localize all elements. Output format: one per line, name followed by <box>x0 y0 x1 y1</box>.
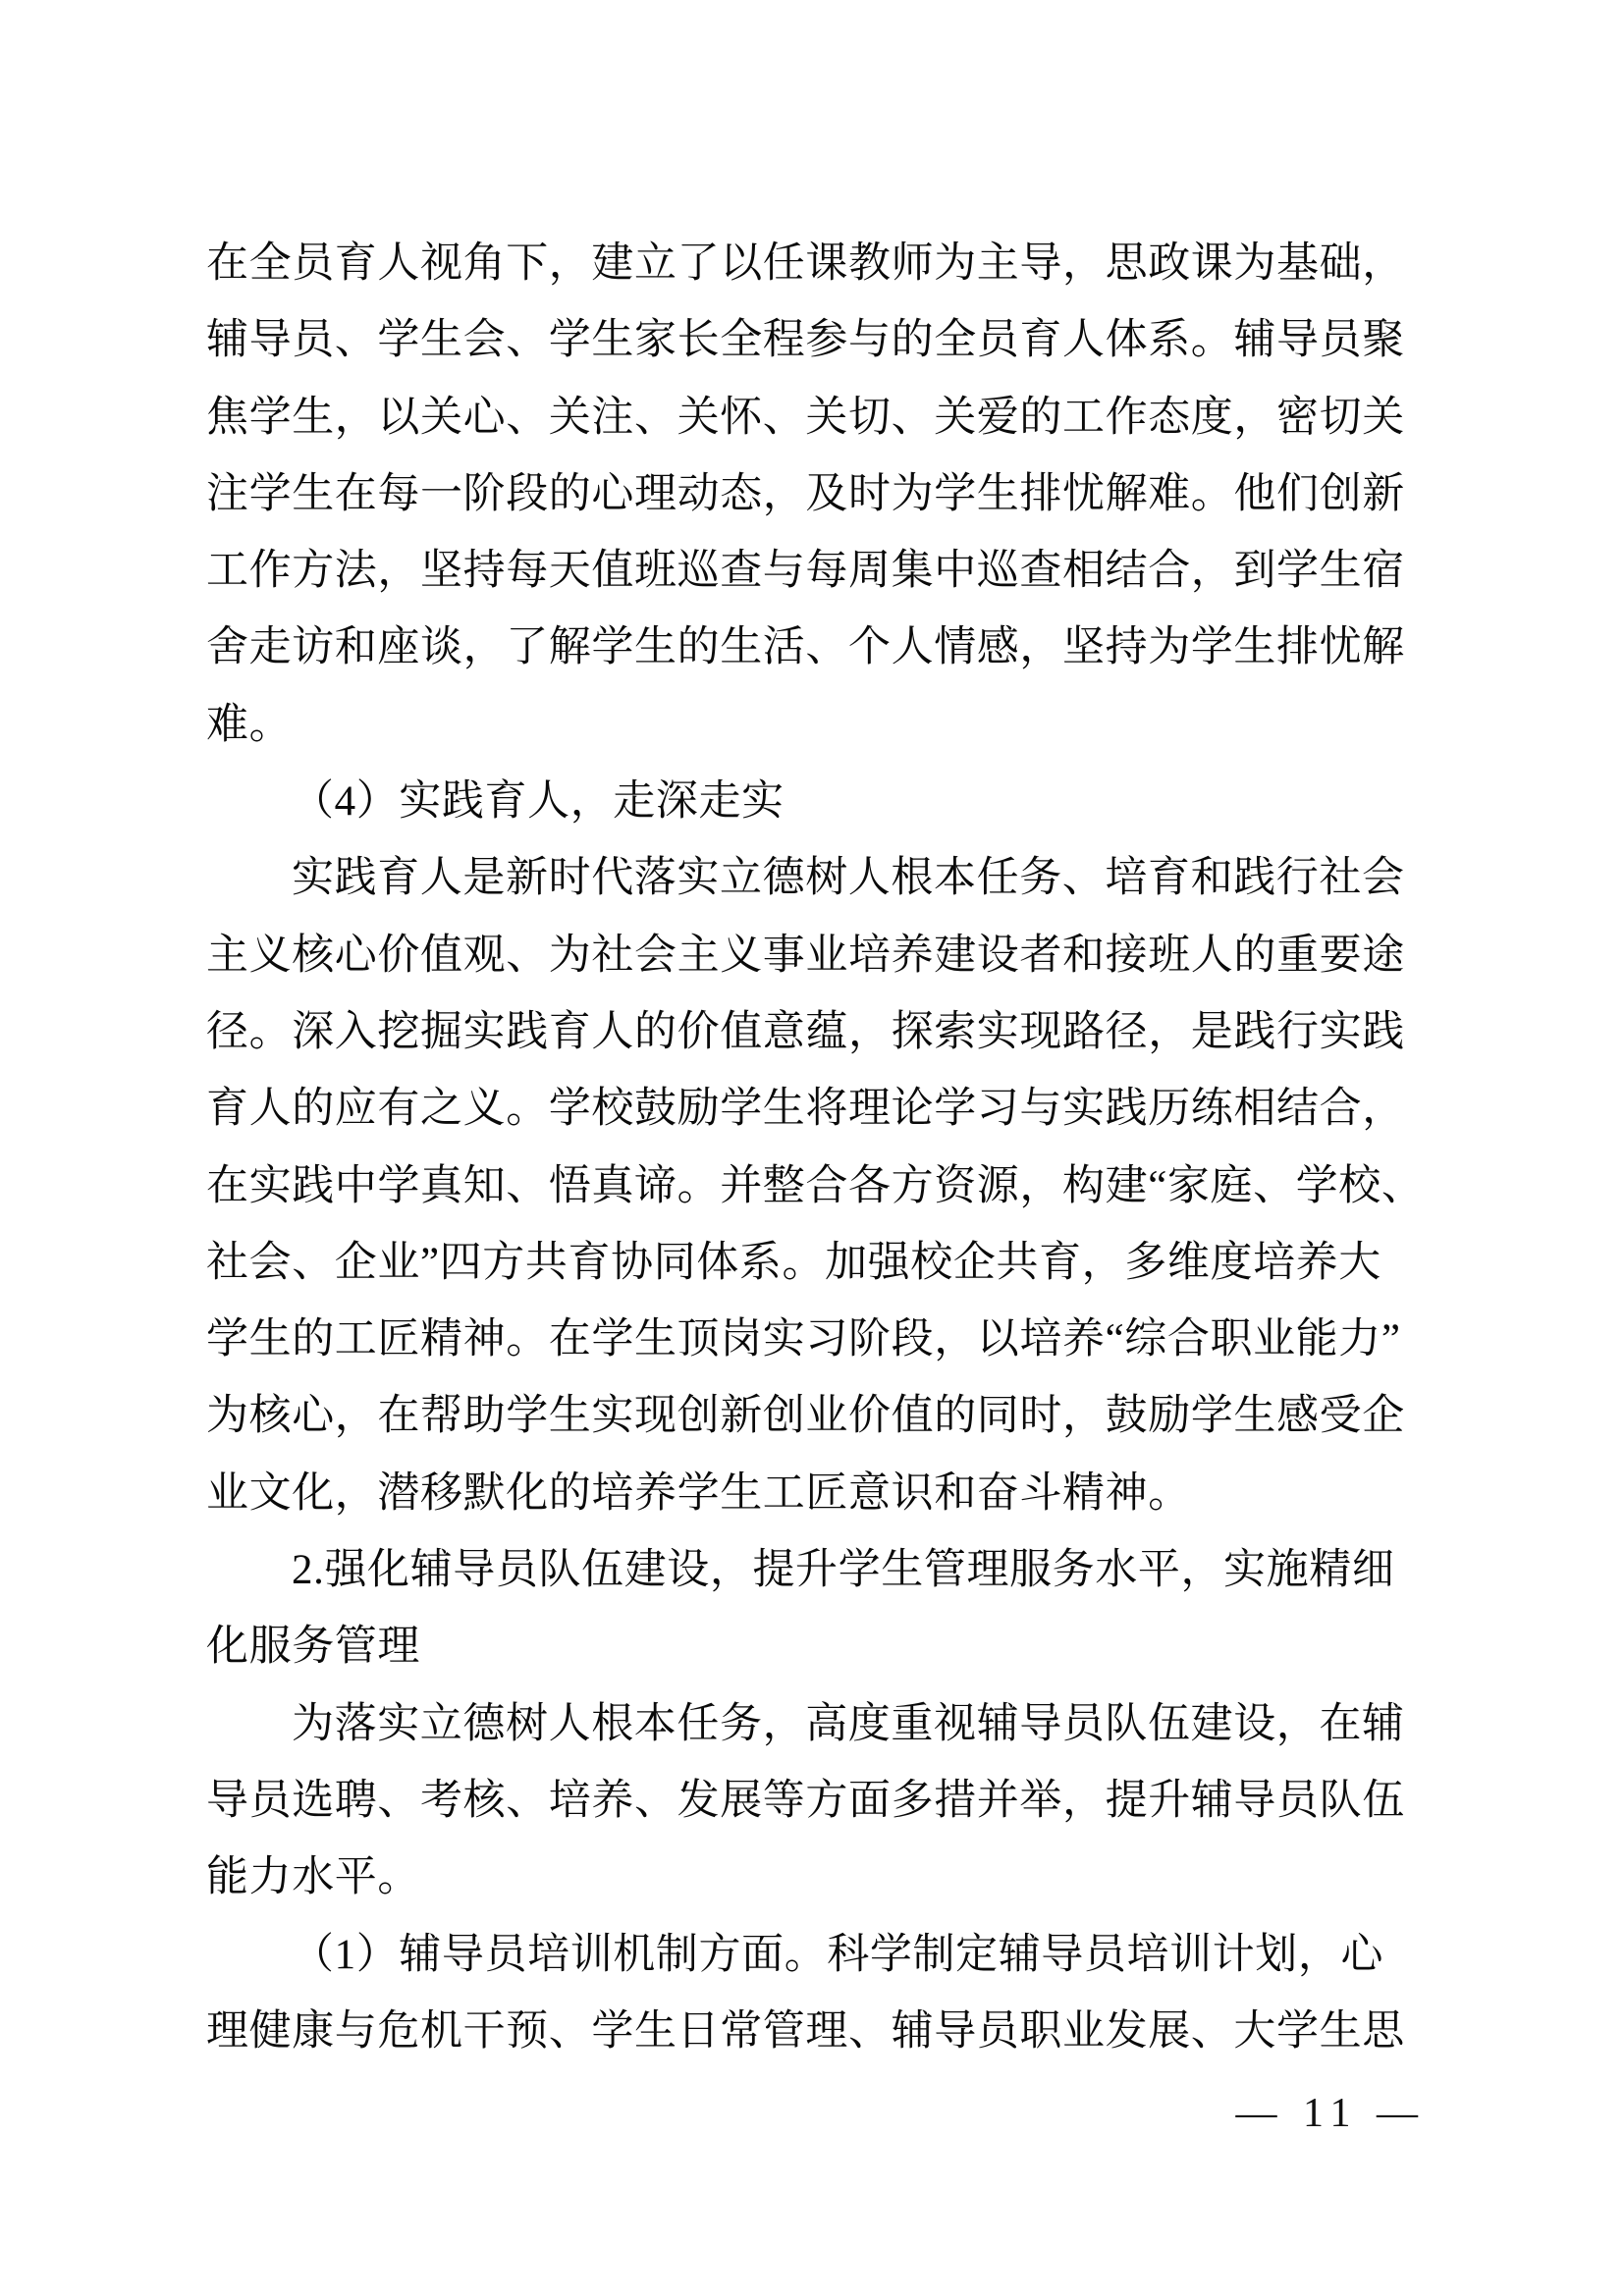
text-line: 育人的应有之义。学校鼓励学生将理论学习与实践历练相结合， <box>206 1071 1424 1148</box>
text-line: 注学生在每一阶段的心理动态，及时为学生排忧解难。他们创新 <box>206 456 1424 533</box>
text-line: 在全员育人视角下，建立了以任课教师为主导，思政课为基础， <box>206 226 1424 302</box>
text-line: 实践育人是新时代落实立德树人根本任务、培育和践行社会 <box>206 840 1424 917</box>
text-line: （4）实践育人，走深走实 <box>206 764 1424 840</box>
text-line: 导员选聘、考核、培养、发展等方面多措并举，提升辅导员队伍 <box>206 1763 1424 1840</box>
text-line: 主义核心价值观、为社会主义事业培养建设者和接班人的重要途 <box>206 918 1424 994</box>
text-line: 径。深入挖掘实践育人的价值意蕴，探索实现路径，是践行实践 <box>206 994 1424 1071</box>
text-line: 焦学生，以关心、关注、关怀、关切、关爱的工作态度，密切关 <box>206 380 1424 456</box>
text-block: 在全员育人视角下，建立了以任课教师为主导，思政课为基础，辅导员、学生会、学生家长… <box>206 226 1424 2070</box>
text-line: 为落实立德树人根本任务，高度重视辅导员队伍建设，在辅 <box>206 1686 1424 1763</box>
page-number: — 11 — <box>1236 2089 1426 2138</box>
document-page: 在全员育人视角下，建立了以任课教师为主导，思政课为基础，辅导员、学生会、学生家长… <box>0 0 1624 2296</box>
text-line: 化服务管理 <box>206 1609 1424 1685</box>
text-line: 社会、企业”四方共育协同体系。加强校企共育，多维度培养大 <box>206 1225 1424 1302</box>
text-line: 辅导员、学生会、学生家长全程参与的全员育人体系。辅导员聚 <box>206 302 1424 379</box>
text-line: （1）辅导员培训机制方面。科学制定辅导员培训计划，心 <box>206 1917 1424 1994</box>
text-line: 能力水平。 <box>206 1840 1424 1916</box>
text-line: 业文化，潜移默化的培养学生工匠意识和奋斗精神。 <box>206 1456 1424 1532</box>
text-line: 学生的工匠精神。在学生顶岗实习阶段，以培养“综合职业能力” <box>206 1302 1424 1378</box>
text-line: 为核心，在帮助学生实现创新创业价值的同时，鼓励学生感受企 <box>206 1378 1424 1455</box>
text-line: 难。 <box>206 687 1424 764</box>
text-line: 工作方法，坚持每天值班巡查与每周集中巡查相结合，到学生宿 <box>206 533 1424 610</box>
text-line: 舍走访和座谈，了解学生的生活、个人情感，坚持为学生排忧解 <box>206 610 1424 686</box>
text-line: 2.强化辅导员队伍建设，提升学生管理服务水平，实施精细 <box>206 1532 1424 1609</box>
text-line: 理健康与危机干预、学生日常管理、辅导员职业发展、大学生思 <box>206 1994 1424 2070</box>
text-line: 在实践中学真知、悟真谛。并整合各方资源，构建“家庭、学校、 <box>206 1148 1424 1225</box>
